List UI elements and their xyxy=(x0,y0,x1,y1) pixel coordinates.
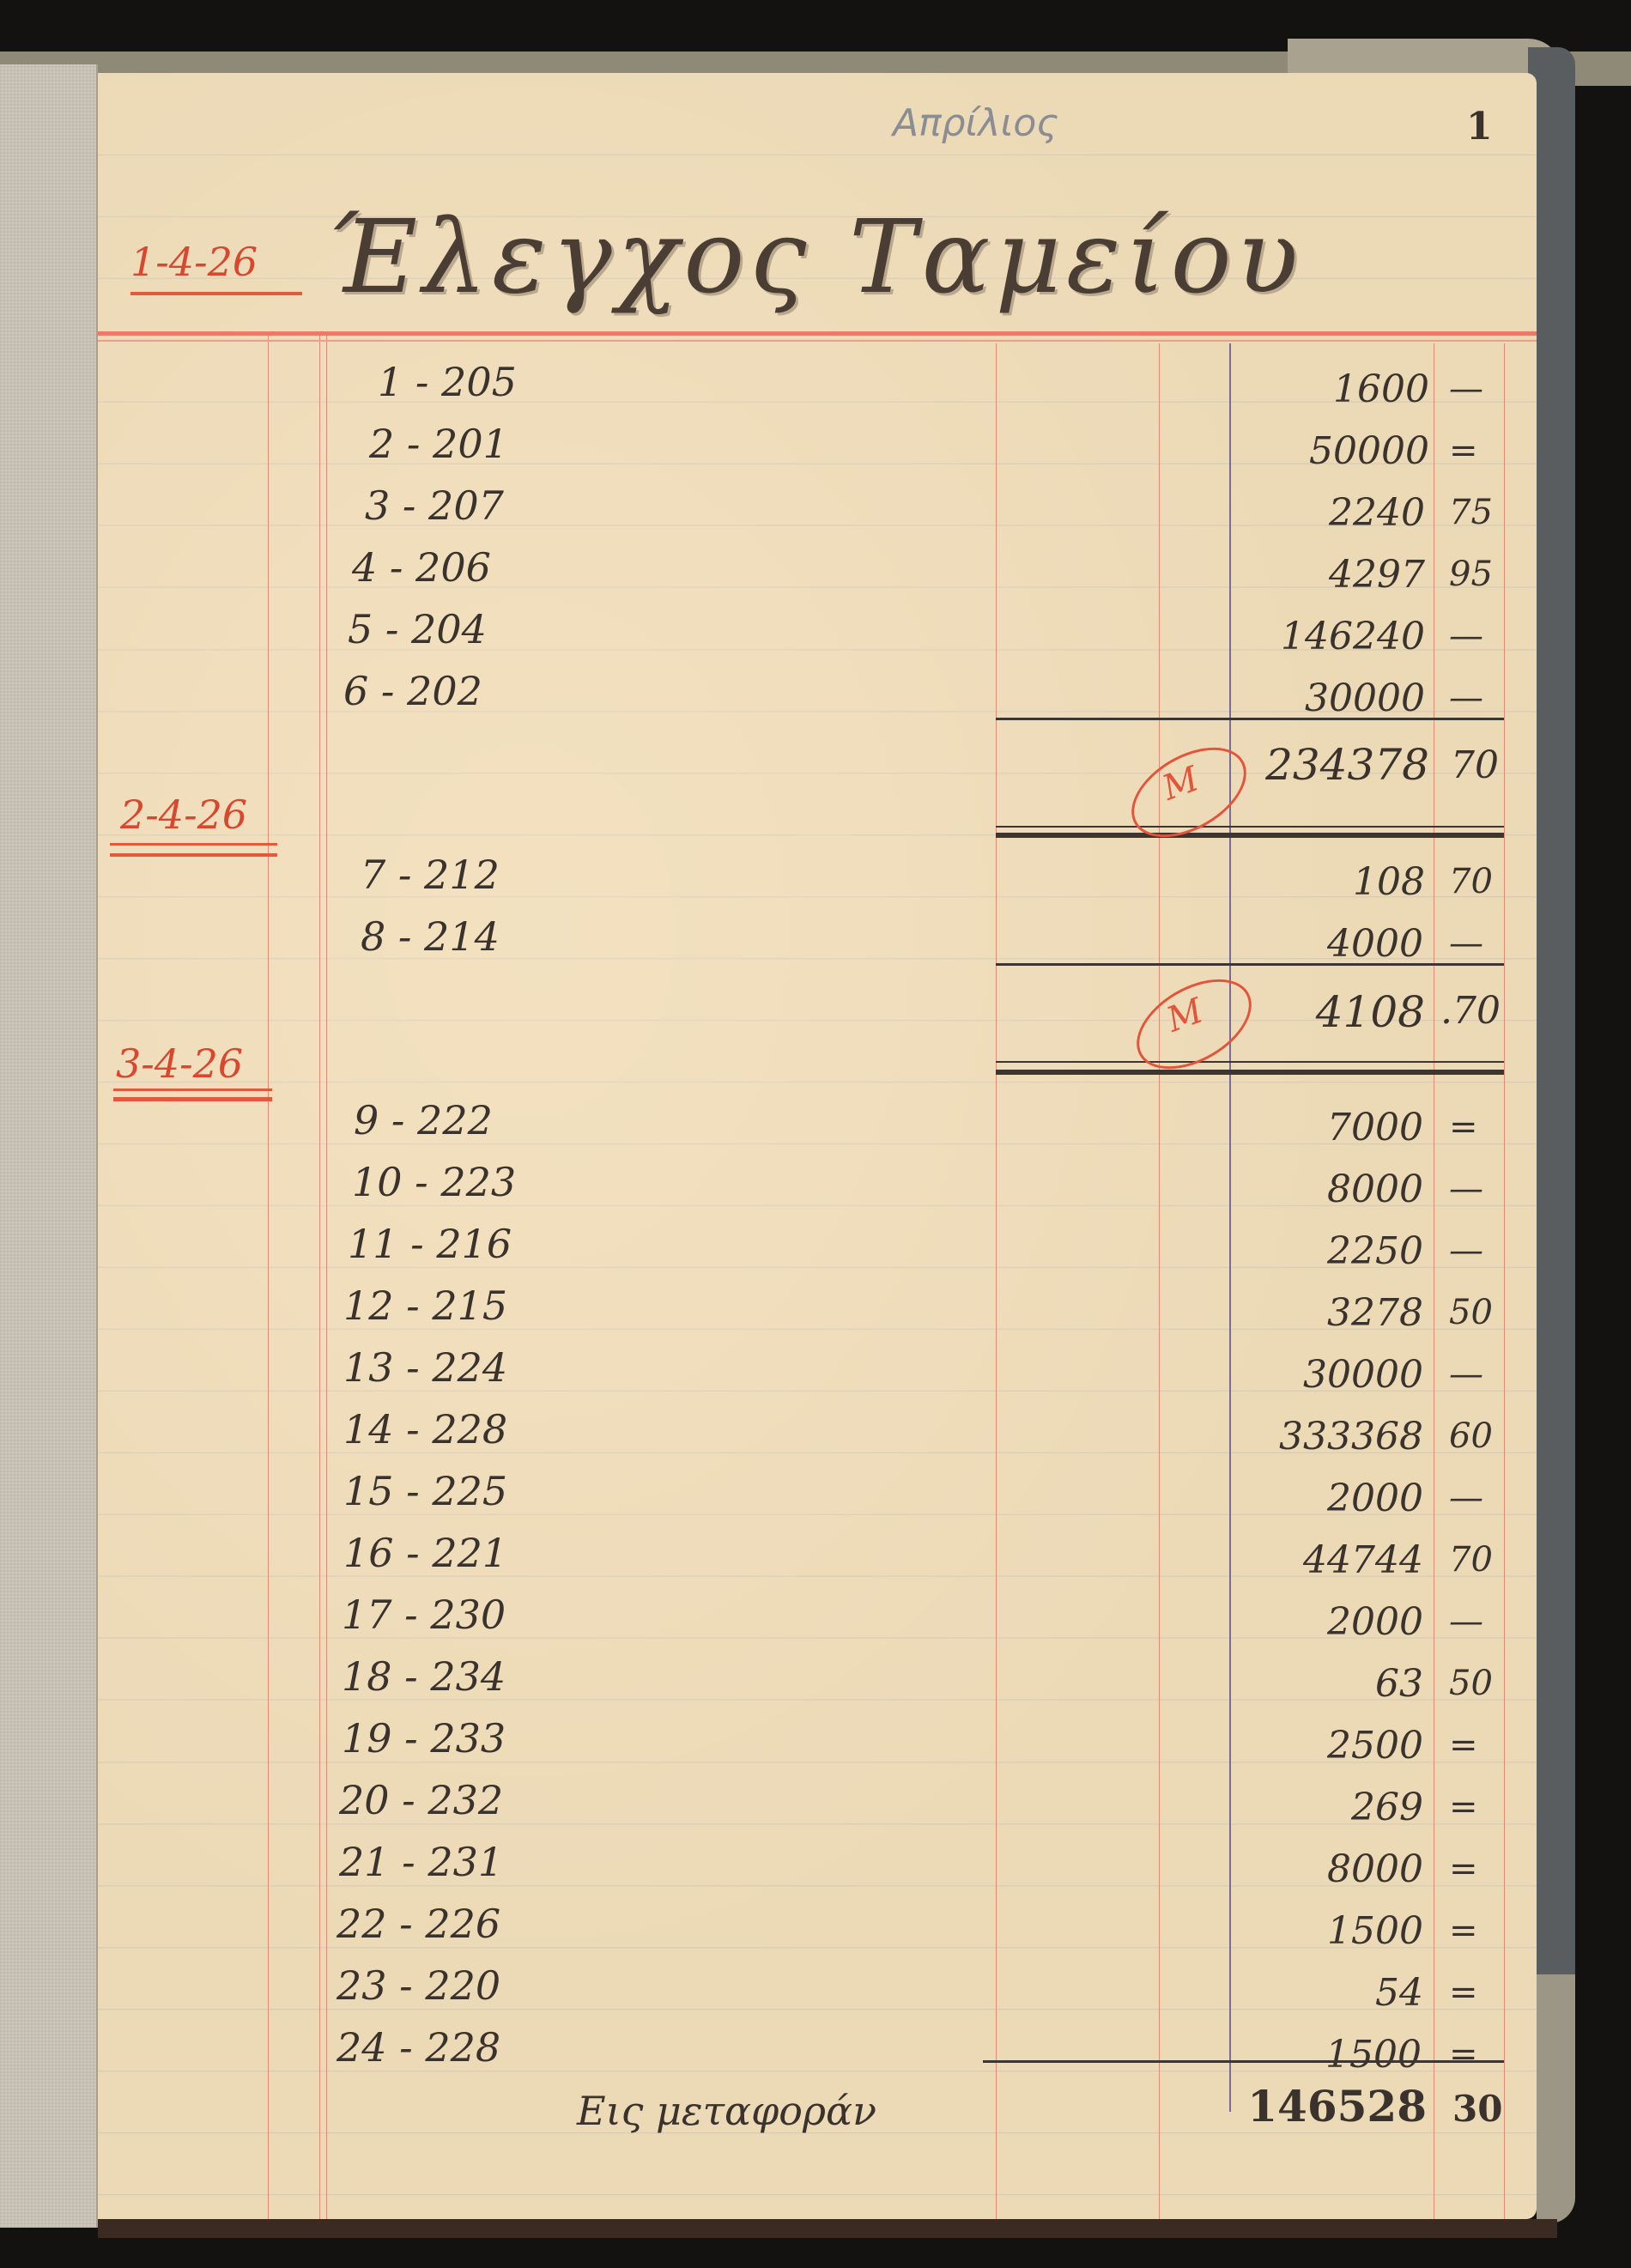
entry-ref: 4 - 206 xyxy=(352,544,491,591)
entry-ref: 5 - 204 xyxy=(348,606,487,652)
entry-amount: 2500 xyxy=(1200,1724,1423,1768)
entry-cents: — xyxy=(1449,1231,1509,1270)
entry-cents: 75 xyxy=(1449,493,1509,532)
entry-amount: 2240 xyxy=(1202,491,1425,535)
margin-ruling-line xyxy=(268,333,269,2219)
entry-amount: 1600 xyxy=(1206,367,1429,411)
entry-cents: — xyxy=(1449,1355,1509,1394)
entry-ref: 6 - 202 xyxy=(343,668,482,714)
entry-cents: = xyxy=(1449,1911,1509,1950)
entry-ref: 17 - 230 xyxy=(342,1592,506,1638)
entry-cents: — xyxy=(1449,1169,1509,1209)
entry-amount: 3278 xyxy=(1200,1291,1423,1335)
entry-ref: 13 - 224 xyxy=(343,1344,507,1391)
date-label: 1-4-26 xyxy=(130,239,258,285)
entry-amount: 1500 xyxy=(1198,2033,1422,2077)
pencil-month-note: Απρίλιος xyxy=(893,101,1058,145)
header-ruling-line xyxy=(98,340,1537,342)
date-underline xyxy=(113,1097,272,1101)
entry-cents: — xyxy=(1449,369,1509,409)
page-number: 1 xyxy=(1466,105,1493,149)
double-rule xyxy=(996,833,1504,838)
date-label: 3-4-26 xyxy=(116,1040,243,1087)
entry-amount: 54 xyxy=(1200,1971,1423,2015)
cents-column-ruling-line xyxy=(1434,343,1434,2219)
entry-amount: 8000 xyxy=(1200,1167,1423,1211)
margin-ruling-line xyxy=(326,333,327,2219)
entry-amount: 2000 xyxy=(1200,1477,1423,1520)
entry-amount: 108 xyxy=(1202,860,1425,904)
subtotal-cents: .70 xyxy=(1440,989,1501,1033)
entry-amount: 4000 xyxy=(1200,922,1423,966)
entry-amount: 269 xyxy=(1200,1786,1423,1829)
entry-ref: 9 - 222 xyxy=(354,1097,493,1143)
entry-amount: 50000 xyxy=(1206,429,1429,473)
entry-cents: 50 xyxy=(1449,1664,1509,1703)
margin-ruling-line xyxy=(319,333,320,2219)
subtotal-rule xyxy=(996,963,1504,966)
entry-ref: 11 - 216 xyxy=(348,1221,512,1267)
entry-amount: 30000 xyxy=(1200,1353,1423,1397)
date-underline xyxy=(110,853,277,857)
entry-cents: — xyxy=(1449,678,1509,718)
entry-ref: 15 - 225 xyxy=(343,1468,507,1514)
entry-ref: 8 - 214 xyxy=(361,913,500,960)
entry-cents: 70 xyxy=(1449,1540,1509,1580)
entry-amount: 8000 xyxy=(1200,1847,1423,1891)
subtotal-cents: 70 xyxy=(1451,743,1511,787)
entry-cents: — xyxy=(1449,924,1509,963)
entry-amount: 2250 xyxy=(1200,1229,1423,1273)
column-ruling-line-purple xyxy=(1229,343,1231,2112)
entry-amount: 30000 xyxy=(1202,676,1425,720)
entry-ref: 18 - 234 xyxy=(342,1653,506,1700)
entry-ref: 2 - 201 xyxy=(369,421,508,467)
entry-ref: 20 - 232 xyxy=(339,1777,503,1823)
date-label: 2-4-26 xyxy=(120,791,247,838)
entry-cents: 60 xyxy=(1449,1416,1509,1456)
entry-ref: 21 - 231 xyxy=(339,1839,503,1885)
entry-ref: 14 - 228 xyxy=(343,1406,507,1452)
carry-forward-label: Εις μεταφοράν xyxy=(577,2088,876,2134)
carry-forward-cents: 30 xyxy=(1452,2088,1513,2130)
entry-amount: 63 xyxy=(1200,1662,1423,1706)
book-corner-bottom-right xyxy=(1537,1974,1575,2223)
entry-ref: 22 - 226 xyxy=(337,1901,500,1947)
double-rule xyxy=(996,826,1504,828)
entry-ref: 23 - 220 xyxy=(337,1962,500,2009)
total-rule xyxy=(983,2060,1504,2063)
double-rule xyxy=(996,1070,1504,1075)
entry-amount: 7000 xyxy=(1200,1106,1423,1149)
entry-ref: 3 - 207 xyxy=(365,482,504,529)
entry-cents: — xyxy=(1449,1478,1509,1518)
entry-ref: 24 - 228 xyxy=(337,2024,500,2071)
column-ruling-line xyxy=(996,343,997,2219)
header-ruling-line xyxy=(98,331,1537,336)
entry-cents: = xyxy=(1449,1107,1509,1147)
entry-amount: 146240 xyxy=(1202,615,1425,658)
entry-ref: 1 - 205 xyxy=(378,359,517,405)
entry-cents: 70 xyxy=(1449,862,1509,901)
book-spine-cloth xyxy=(0,64,98,2228)
entry-cents: = xyxy=(1449,431,1509,470)
entry-amount: 4297 xyxy=(1202,553,1425,597)
entry-cents: — xyxy=(1449,616,1509,656)
column-ruling-line xyxy=(1159,343,1160,2219)
entry-ref: 19 - 233 xyxy=(342,1715,506,1762)
entry-amount: 1500 xyxy=(1200,1909,1423,1953)
entry-ref: 16 - 221 xyxy=(343,1530,507,1576)
book-cover-bottom-edge xyxy=(98,2219,1557,2238)
entry-amount: 44744 xyxy=(1200,1538,1423,1582)
subtotal-rule xyxy=(996,718,1504,720)
entry-cents: — xyxy=(1449,1602,1509,1641)
date-underline xyxy=(130,292,302,295)
entry-cents: 95 xyxy=(1449,555,1509,594)
entry-ref: 10 - 223 xyxy=(352,1159,516,1205)
double-rule xyxy=(996,1061,1504,1063)
date-underline xyxy=(110,843,277,846)
entry-cents: = xyxy=(1449,1787,1509,1827)
entry-cents: = xyxy=(1449,1725,1509,1765)
entry-ref: 12 - 215 xyxy=(343,1283,507,1329)
entry-cents: = xyxy=(1449,2035,1509,2074)
entry-cents: 50 xyxy=(1449,1293,1509,1332)
carry-forward-amount: 146528 xyxy=(1204,2081,1427,2132)
date-underline xyxy=(113,1089,272,1091)
entry-cents: = xyxy=(1449,1973,1509,2012)
entry-amount: 2000 xyxy=(1200,1600,1423,1644)
entry-amount: 333368 xyxy=(1200,1415,1423,1458)
entry-ref: 7 - 212 xyxy=(361,852,500,898)
page-title: Έλεγχος Ταμείου xyxy=(326,197,1303,316)
entry-cents: = xyxy=(1449,1849,1509,1889)
